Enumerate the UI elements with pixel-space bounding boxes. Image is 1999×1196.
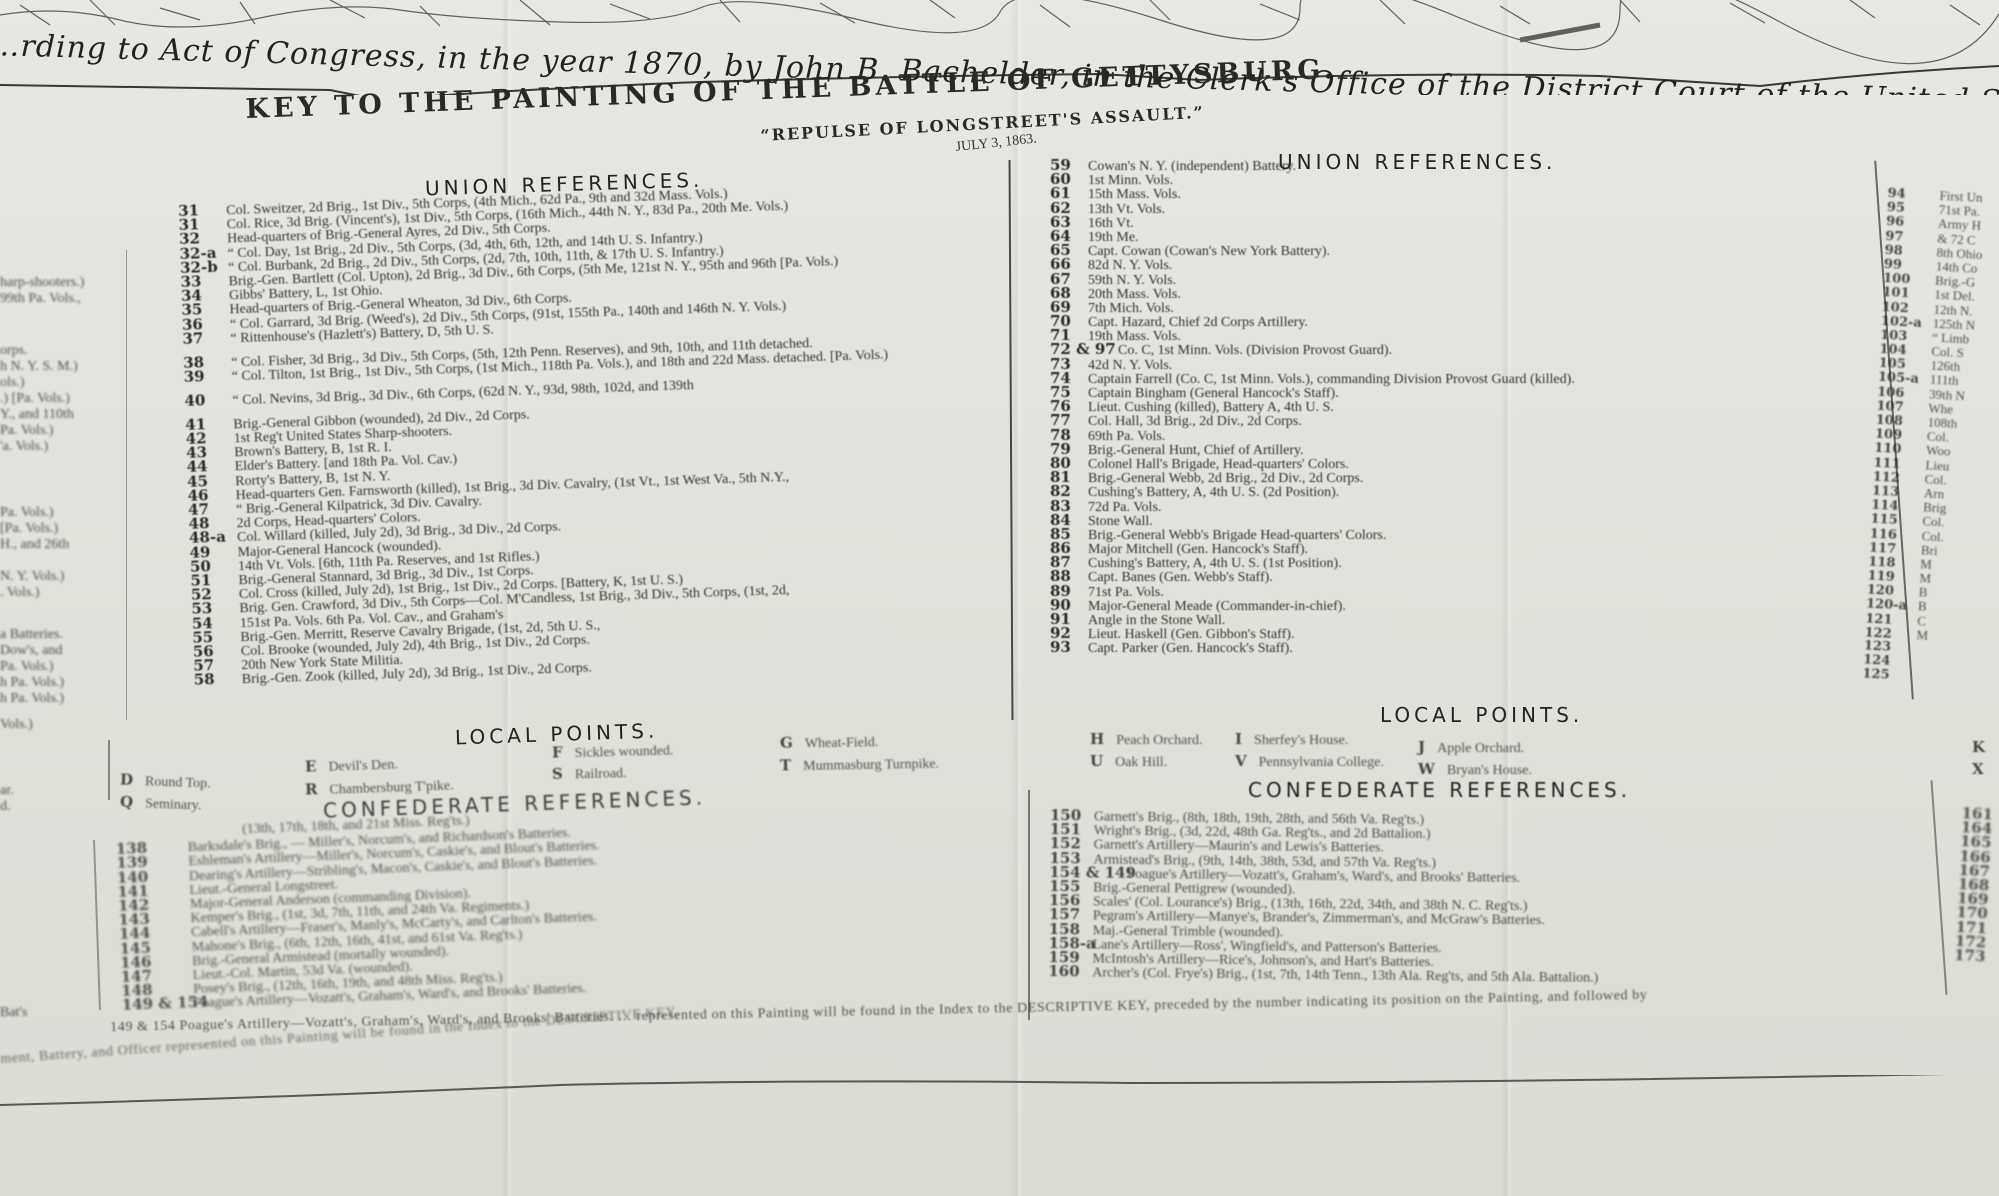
reference-entry: 79Brig.-General Hunt, Chief of Artillery… xyxy=(1050,442,1575,456)
local-point-item: DRound Top. xyxy=(120,770,211,792)
reference-entry: 88Capt. Banes (Gen. Webb's Staff). xyxy=(1050,569,1575,583)
reference-entry: 6759th N. Y. Vols. xyxy=(1050,272,1575,286)
reference-entry: 80Colonel Hall's Brigade, Head-quarters'… xyxy=(1050,456,1575,470)
fragment-text: a Batteries. xyxy=(0,627,84,643)
reference-text: Co. C, 1st Minn. Vols. (Division Provost… xyxy=(1118,344,1392,358)
reference-entry: 6316th Vt. xyxy=(1050,215,1575,229)
reference-entry: 65Capt. Cowan (Cowan's New York Battery)… xyxy=(1050,243,1575,257)
reference-number: 58 xyxy=(194,671,242,687)
reference-text: Archer's (Col. Frye's) Brig., (1st, 7th,… xyxy=(1092,967,1598,987)
reference-text: Cushing's Battery, A, 4th U. S. (1st Pos… xyxy=(1088,557,1342,571)
reference-text: 1st Minn. Vols. xyxy=(1088,174,1173,188)
confederate-references-list-a: (13th, 17th, 18th, and 21st Miss. Reg'ts… xyxy=(115,809,605,1012)
fragment-text: H., and 26th xyxy=(0,537,84,553)
local-point-item: GWheat-Field. xyxy=(780,732,879,753)
reference-entry: 6213th Vt. Vols. xyxy=(1050,201,1575,215)
local-point-letter: U xyxy=(1090,752,1103,770)
fragment-text: Pa. Vols.) xyxy=(0,423,84,439)
fragment-text: orps. xyxy=(0,343,84,359)
reference-entry: 6820th Mass. Vols. xyxy=(1050,286,1575,300)
reference-entry: 6682d N. Y. Vols. xyxy=(1050,257,1575,271)
local-point-item: HPeach Orchard. xyxy=(1090,730,1202,749)
local-point-letter: S xyxy=(552,765,563,783)
local-point-letter: G xyxy=(780,734,793,752)
fragment-text: . Vols.) xyxy=(0,585,84,601)
fragment-text: d. xyxy=(0,799,84,815)
local-point-item: SRailroad. xyxy=(552,763,627,784)
reference-text: M xyxy=(1916,628,1928,643)
fragment-text: h Pa. Vols.) xyxy=(0,675,84,691)
reference-text: Cowan's N. Y. (independent) Battery. xyxy=(1088,160,1296,174)
reference-text: Major Mitchell (Gen. Hancock's Staff). xyxy=(1088,543,1308,557)
local-point-item: K xyxy=(1972,738,1997,757)
local-point-item: X xyxy=(1972,760,1996,779)
local-point-label: Wheat-Field. xyxy=(805,735,879,751)
local-point-letter: X xyxy=(1972,760,1984,778)
border-rule-icon xyxy=(0,1075,1999,1115)
reference-text: Lieut. Cushing (killed), Battery A, 4th … xyxy=(1088,401,1334,415)
reference-number: 40 xyxy=(184,392,232,408)
local-point-label: Apple Orchard. xyxy=(1437,741,1524,756)
reference-text: Capt. Hazard, Chief 2d Corps Artillery. xyxy=(1088,316,1308,330)
reference-number: 125 xyxy=(1862,668,1915,685)
local-point-letter: W xyxy=(1418,760,1435,778)
reference-entry: 81Brig.-General Webb, 2d Brig., 2d Div.,… xyxy=(1050,470,1575,484)
fragment-text: [Pa. Vols.) xyxy=(0,521,84,537)
reference-entry: 7119th Mass. Vols. xyxy=(1050,328,1575,342)
reference-entry: 87Cushing's Battery, A, 4th U. S. (1st P… xyxy=(1050,555,1575,569)
reference-text: 82d N. Y. Vols. xyxy=(1088,259,1172,273)
union-references-list-a: 31Col. Sweitzer, 2d Brig., 1st Div., 5th… xyxy=(178,181,898,688)
reference-entry: 84Stone Wall. xyxy=(1050,513,1575,527)
descriptive-key-note-continued: ment, Battery, and Officer represented o… xyxy=(0,1005,679,1068)
fragment-text: ols.) xyxy=(0,375,84,391)
local-point-letter: V xyxy=(1235,752,1247,770)
local-point-label: Bryan's House. xyxy=(1447,763,1532,778)
reference-entry: 92Lieut. Haskell (Gen. Gibbon's Staff). xyxy=(1050,626,1575,640)
reference-entry: 90Major-General Meade (Commander-in-chie… xyxy=(1050,598,1575,612)
reference-text: 69th Pa. Vols. xyxy=(1088,430,1165,444)
reference-entry: 6115th Mass. Vols. xyxy=(1050,186,1575,200)
fragment-text: Pa. Vols.) xyxy=(0,505,84,521)
local-point-item: WBryan's House. xyxy=(1418,760,1532,779)
reference-entry: 6419th Me. xyxy=(1050,229,1575,243)
reference-text: 13th Vt. Vols. xyxy=(1088,203,1165,217)
reference-entry: 82Cushing's Battery, A, 4th U. S. (2d Po… xyxy=(1050,484,1575,498)
local-point-letter: K xyxy=(1972,738,1985,756)
local-points-heading: LOCAL POINTS. xyxy=(1380,703,1583,727)
left-edge-fragments: harp-shooters.) 99th Pa. Vols., orps. h … xyxy=(0,275,84,1021)
reference-text: Col. Hall, 3d Brig., 2d Div., 2d Corps. xyxy=(1088,415,1302,429)
fragment-text: Pa. Vols.) xyxy=(0,659,84,675)
reference-entry: 75Captain Bingham (General Hancock's Sta… xyxy=(1050,385,1575,399)
fragment-text: .) [Pa. Vols.) xyxy=(0,391,84,407)
reference-text: Colonel Hall's Brigade, Head-quarters' C… xyxy=(1088,458,1349,472)
confederate-references-list-b: 150Garnett's Brig., (8th, 18th, 19th, 28… xyxy=(1048,808,1600,984)
reference-text: Brig.-General Webb's Brigade Head-quarte… xyxy=(1088,529,1386,543)
local-point-label: Round Top. xyxy=(145,774,211,791)
fragment-text: Vols.) xyxy=(0,717,84,733)
reference-text: 72d Pa. Vols. xyxy=(1088,501,1161,515)
local-point-letter: H xyxy=(1090,730,1104,748)
reference-text: B xyxy=(1918,600,1927,615)
reference-entry: 93Capt. Parker (Gen. Hancock's Staff). xyxy=(1050,640,1575,654)
fragment-text: ar. xyxy=(0,783,84,799)
local-point-item: UOak Hill. xyxy=(1090,752,1167,771)
reference-entry: 8372d Pa. Vols. xyxy=(1050,499,1575,513)
reference-entry: 59Cowan's N. Y. (independent) Battery. xyxy=(1050,158,1575,172)
fragment-text: 'a. Vols.) xyxy=(0,439,84,455)
local-point-letter: Q xyxy=(120,793,134,811)
column-divider xyxy=(108,740,110,800)
fragment-text: harp-shooters.) xyxy=(0,275,84,291)
reference-text: 7th Mich. Vols. xyxy=(1088,302,1174,316)
reference-text: 15th Mass. Vols. xyxy=(1088,188,1181,202)
local-point-item: VPennsylvania College. xyxy=(1235,752,1384,771)
local-point-label: Peach Orchard. xyxy=(1116,733,1202,748)
fragment-text: Y., and 110th xyxy=(0,407,84,423)
reference-entry: 8971st Pa. Vols. xyxy=(1050,584,1575,598)
reference-text: Brig.-General Webb, 2d Brig., 2d Div., 2… xyxy=(1088,472,1363,486)
local-point-letter: T xyxy=(780,756,791,774)
fragment-text: 99th Pa. Vols., xyxy=(0,291,84,307)
reference-text: Brig.-General Hunt, Chief of Artillery. xyxy=(1088,444,1304,458)
reference-text: Major-General Meade (Commander-in-chief)… xyxy=(1088,600,1346,614)
reference-text: Cushing's Battery, A, 4th U. S. (2d Posi… xyxy=(1088,486,1339,500)
reference-entry: 74Captain Farrell (Co. C, 1st Minn. Vols… xyxy=(1050,371,1575,385)
reference-number: 93 xyxy=(1050,640,1088,654)
reference-text: 19th Me. xyxy=(1088,231,1139,245)
reference-text: Capt. Cowan (Cowan's New York Battery). xyxy=(1088,245,1330,259)
local-point-label: Devil's Den. xyxy=(328,757,398,774)
column-divider xyxy=(1931,780,1948,995)
reference-entry: 7869th Pa. Vols. xyxy=(1050,428,1575,442)
reference-entry: 70Capt. Hazard, Chief 2d Corps Artillery… xyxy=(1050,314,1575,328)
local-point-label: Railroad. xyxy=(575,766,627,782)
reference-text: Angle in the Stone Wall. xyxy=(1088,614,1225,628)
local-point-letter: J xyxy=(1418,738,1425,756)
reference-entry: 72 & 97Co. C, 1st Minn. Vols. (Division … xyxy=(1050,342,1575,356)
reference-text: Lieut. Haskell (Gen. Gibbon's Staff). xyxy=(1088,628,1294,642)
local-point-letter: D xyxy=(120,770,134,788)
reference-number: 160 xyxy=(1048,964,1080,979)
column-divider xyxy=(93,840,101,1010)
column-divider xyxy=(126,250,127,720)
local-point-label: Sherfey's House. xyxy=(1254,733,1348,748)
reference-entry: 76Lieut. Cushing (killed), Battery A, 4t… xyxy=(1050,399,1575,413)
union-references-list-b: 59Cowan's N. Y. (independent) Battery. 6… xyxy=(1050,158,1575,655)
fragment-text: Dow's, and xyxy=(0,643,84,659)
reference-text: 16th Vt. xyxy=(1088,217,1134,231)
reference-entry: 697th Mich. Vols. xyxy=(1050,300,1575,314)
reference-text: Stone Wall. xyxy=(1088,515,1153,529)
reference-number: 173 xyxy=(1954,948,1986,964)
reference-text: Captain Bingham (General Hancock's Staff… xyxy=(1088,387,1339,401)
reference-entry: 77Col. Hall, 3d Brig., 2d Div., 2d Corps… xyxy=(1050,413,1575,427)
local-point-label: Seminary. xyxy=(145,796,202,813)
local-point-label: Oak Hill. xyxy=(1115,755,1167,770)
local-point-letter: I xyxy=(1235,730,1242,748)
reference-entry: 91Angle in the Stone Wall. xyxy=(1050,612,1575,626)
reference-text: Capt. Parker (Gen. Hancock's Staff). xyxy=(1088,642,1293,656)
reference-entry: 173 xyxy=(1954,948,1986,964)
local-point-label: Pennsylvania College. xyxy=(1259,755,1384,770)
reference-entry: 86Major Mitchell (Gen. Hancock's Staff). xyxy=(1050,541,1575,555)
confederate-references-heading: CONFEDERATE REFERENCES. xyxy=(1248,778,1631,802)
document-date: JULY 3, 1863. xyxy=(955,132,1038,156)
reference-entry: 7342d N. Y. Vols. xyxy=(1050,357,1575,371)
reference-number xyxy=(115,835,187,838)
reference-text: Captain Farrell (Co. C, 1st Minn. Vols.)… xyxy=(1088,373,1575,387)
reference-entry: 85Brig.-General Webb's Brigade Head-quar… xyxy=(1050,527,1575,541)
document-page: …rding to Act of Congress, in the year 1… xyxy=(0,0,1999,1196)
reference-text: Capt. Banes (Gen. Webb's Staff). xyxy=(1088,571,1273,585)
reference-number: 149 & 154 xyxy=(122,995,194,1012)
local-point-letter: F xyxy=(552,743,563,761)
fragment-text: h Pa. Vols.) xyxy=(0,691,84,707)
reference-number: 37 xyxy=(182,330,230,346)
local-point-item: JApple Orchard. xyxy=(1418,738,1524,757)
local-point-item: ISherfey's House. xyxy=(1235,730,1348,749)
local-point-label: Sickles wounded. xyxy=(574,743,673,761)
local-point-item: FSickles wounded. xyxy=(552,740,674,762)
reference-number: 39 xyxy=(183,368,231,384)
local-point-item: EDevil's Den. xyxy=(305,754,398,776)
reference-text: 20th Mass. Vols. xyxy=(1088,288,1181,302)
reference-text: 71st Pa. Vols. xyxy=(1088,586,1164,600)
reference-text: 59th N. Y. Vols. xyxy=(1088,274,1176,288)
local-point-item: QSeminary. xyxy=(120,793,202,815)
column-divider xyxy=(1028,790,1030,1020)
reference-entry: 601st Minn. Vols. xyxy=(1050,172,1575,186)
fragment-text: N. Y. Vols.) xyxy=(0,569,84,585)
local-point-letter: R xyxy=(305,780,318,798)
local-point-label: Mummasburg Turnpike. xyxy=(803,757,939,774)
reference-text: 42d N. Y. Vols. xyxy=(1088,359,1172,373)
confederate-references-list-c: 161 164 165 166 167 168 169 170 171 172 … xyxy=(1954,806,1993,963)
fragment-text: Bat's xyxy=(0,1005,84,1021)
local-point-item: TMummasburg Turnpike. xyxy=(780,754,939,776)
local-point-letter: E xyxy=(305,757,317,775)
fragment-text: h N. Y. S. M.) xyxy=(0,359,84,375)
